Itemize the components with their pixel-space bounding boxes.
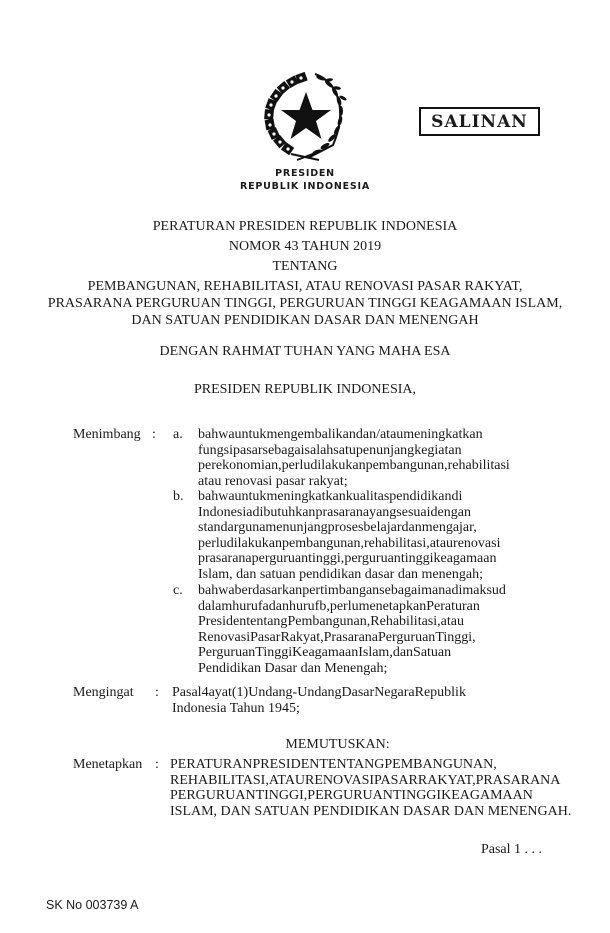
word: untuk — [235, 427, 267, 442]
word: belajar — [363, 520, 401, 535]
presidential-seal-icon — [253, 70, 358, 162]
regulation-subject-line: DAN SATUAN PENDIDIKAN DASAR DAN MENENGAH — [40, 313, 570, 329]
word: Pasar — [250, 630, 280, 645]
word: Republik — [415, 685, 466, 700]
word: PEMBANGUNAN, — [384, 757, 496, 772]
word: Tinggi, — [435, 630, 475, 645]
regulation-number: NOMOR 43 TAHUN 2019 — [40, 239, 570, 255]
text-line: PerguruanTinggiKeagamaanIslam,danSatuan — [198, 645, 541, 661]
word: dengan — [431, 505, 471, 520]
word: 4 — [202, 685, 209, 700]
regulation-title: PERATURAN PRESIDEN REPUBLIK INDONESIA — [40, 219, 570, 235]
word: PERATURAN — [170, 757, 252, 772]
word: PASAR — [374, 773, 418, 788]
text-line: PresidententangPembangunan,Rehabilitasi,… — [198, 614, 541, 630]
word: ayat — [209, 685, 232, 700]
word: perlu — [330, 599, 359, 614]
mengingat-label: Mengingat — [73, 685, 134, 701]
word: meningkatkan — [403, 427, 482, 442]
text-line: perekonomian,perludilakukanpembangunan,r… — [198, 458, 541, 474]
word: (1) — [232, 685, 248, 700]
word: meningkatkan — [266, 489, 345, 504]
text-line: Islam, dan satuan pendidikan dasar dan m… — [198, 567, 541, 583]
regulation-tentang: TENTANG — [40, 259, 570, 275]
word: untuk — [235, 489, 267, 504]
word: pasar — [233, 443, 263, 458]
menetapkan-text: PERATURANPRESIDENTENTANGPEMBANGUNAN, REH… — [170, 757, 541, 819]
text-line: Indonesiadibutuhkanprasaranayangsesuaide… — [198, 505, 541, 521]
salinan-stamp: SALINAN — [419, 107, 540, 136]
word: Pasal — [172, 685, 202, 700]
word: Perguruan — [378, 630, 435, 645]
word: perlu — [198, 536, 227, 551]
word: tinggi, — [308, 551, 344, 566]
word: di — [452, 489, 463, 504]
word: Satuan — [413, 645, 451, 660]
word: Negara — [374, 685, 414, 700]
menimbang-item-b: bahwauntukmeningkatkankualitaspendidikan… — [198, 489, 541, 583]
item-marker: c. — [173, 583, 183, 599]
word: mengajar, — [422, 520, 477, 535]
regulation-subject-line: PEMBANGUNAN, REHABILITASI, ATAU RENOVASI… — [40, 279, 570, 295]
office-label-presiden: PRESIDEN — [205, 168, 405, 179]
menetapkan-colon: : — [155, 757, 159, 773]
text-line: bahwauntukmeningkatkankualitaspendidikan… — [198, 489, 541, 505]
word: prasarana — [315, 505, 369, 520]
mengingat-text: Pasal4ayat(1)Undang-UndangDasarNegaraRep… — [172, 685, 541, 716]
word: REHABILITASI, — [170, 773, 269, 788]
invocation: DENGAN RAHMAT TUHAN YANG MAHA ESA — [40, 344, 570, 360]
word: b, — [319, 599, 330, 614]
text-line: atau renovasi pasar rakyat; — [198, 474, 541, 490]
menimbang-item-c: bahwaberdasarkanpertimbangansebagaimanad… — [198, 583, 541, 677]
word: huruf — [289, 599, 319, 614]
text-line: standargunamenunjangprosesbelajardanmeng… — [198, 520, 541, 536]
word: RAKYAT, — [418, 773, 476, 788]
word: Pembangunan, — [287, 614, 370, 629]
text-line: perludilakukanpembangunan,rehabilitasi,a… — [198, 536, 541, 552]
word: menetapkan — [359, 599, 427, 614]
word: dibutuhkan — [252, 505, 315, 520]
text-line: Pendidikan Dasar dan Menengah; — [198, 661, 541, 677]
menetapkan-label: Menetapkan — [73, 757, 142, 773]
page-continuation: Pasal 1 . . . — [481, 842, 542, 858]
word: Dasar — [342, 685, 375, 700]
word: rehabilitasi — [448, 458, 510, 473]
word: PERGURUAN — [307, 788, 393, 803]
word: PERGURUAN — [170, 788, 256, 803]
word: Undang-Undang — [248, 685, 341, 700]
word: bahwa — [198, 489, 235, 504]
word: bahwa — [198, 427, 235, 442]
word: proses — [328, 520, 364, 535]
word: bahwa — [198, 583, 235, 598]
word: kualitas — [346, 489, 390, 504]
text-line: bahwaberdasarkanpertimbangansebagaimanad… — [198, 583, 541, 599]
text-line: ISLAM, DAN SATUAN PENDIDIKAN DASAR DAN M… — [170, 804, 541, 820]
word: dilakukan — [227, 536, 282, 551]
word: dalam — [198, 599, 232, 614]
memutuskan-heading: MEMUTUSKAN: — [200, 737, 475, 753]
office-label-republik: REPUBLIK INDONESIA — [205, 181, 405, 192]
word: berdasarkan — [235, 583, 303, 598]
issuer: PRESIDEN REPUBLIK INDONESIA, — [40, 382, 570, 398]
word: sesuai — [396, 505, 430, 520]
word: huruf — [232, 599, 262, 614]
word: tinggi — [401, 551, 434, 566]
word: perekonomian, — [198, 458, 282, 473]
star-icon — [281, 92, 331, 139]
word: TENTANG — [319, 757, 384, 772]
word: Renovasi — [198, 630, 250, 645]
word: KEAGAMAAN — [441, 788, 533, 803]
word: sebagai — [263, 443, 305, 458]
menimbang-colon: : — [152, 427, 156, 443]
word: Peraturan — [426, 599, 480, 614]
word: perguruan — [252, 551, 309, 566]
document-code: SK No 003739 A — [46, 898, 138, 912]
word: pendidikan — [389, 489, 451, 504]
word: Tinggi — [255, 645, 292, 660]
word: pertimbangan — [302, 583, 379, 598]
word: dilakukan — [310, 458, 365, 473]
text-line: PERGURUANTINGGI,PERGURUANTINGGIKEAGAMAAN — [170, 788, 541, 804]
text-line: Indonesia Tahun 1945; — [172, 701, 541, 717]
word: renovasi — [453, 536, 500, 551]
word: keagamaan — [433, 551, 496, 566]
word: PRESIDEN — [252, 757, 319, 772]
word: prasarana — [198, 551, 252, 566]
word: guna — [238, 520, 265, 535]
word: RENOVASI — [305, 773, 374, 788]
regulation-subject-line: PRASARANA PERGURUAN TINGGI, PERGURUAN TI… — [40, 296, 570, 312]
word: fungsi — [198, 443, 233, 458]
word: mengembalikan — [266, 427, 355, 442]
word: penunjang — [356, 443, 414, 458]
word: pembangunan, — [282, 536, 364, 551]
word: kegiatan — [414, 443, 461, 458]
word: atau — [430, 536, 453, 551]
item-marker: b. — [173, 489, 184, 505]
text-line: Pasal4ayat(1)Undang-UndangDasarNegaraRep… — [172, 685, 541, 701]
word: Prasarana — [324, 630, 378, 645]
text-line: PERATURANPRESIDENTENTANGPEMBANGUNAN, — [170, 757, 541, 773]
word: Rehabilitasi, — [370, 614, 440, 629]
word: tentang — [246, 614, 287, 629]
word: Rakyat, — [280, 630, 323, 645]
word: yang — [369, 505, 396, 520]
word: menunjang — [265, 520, 327, 535]
word: TINGGI — [393, 788, 441, 803]
word: dimaksud — [451, 583, 505, 598]
word: perguruan — [344, 551, 401, 566]
menimbang-item-a: bahwauntukmengembalikandan/ataumeningkat… — [198, 427, 541, 489]
text-line: fungsipasarsebagaisalahsatupenunjangkegi… — [198, 443, 541, 459]
text-line: RenovasiPasarRakyat,PrasaranaPerguruanTi… — [198, 630, 541, 646]
item-marker: a. — [173, 427, 183, 443]
word: Perguruan — [198, 645, 255, 660]
word: perlu — [282, 458, 311, 473]
mengingat-colon: : — [155, 685, 159, 701]
word: dan/atau — [356, 427, 403, 442]
text-line: REHABILITASI,ATAURENOVASIPASARRAKYAT,PRA… — [170, 773, 541, 789]
word: PRASARANA — [476, 773, 561, 788]
text-line: bahwauntukmengembalikandan/ataumeningkat… — [198, 427, 541, 443]
word: rehabilitasi, — [364, 536, 430, 551]
text-line: dalamhurufadanhurufb,perlumenetapkanPera… — [198, 599, 541, 615]
word: Keagamaan — [292, 645, 358, 660]
word: sebagaimana — [379, 583, 451, 598]
word: Indonesia — [198, 505, 252, 520]
word: Islam, — [358, 645, 393, 660]
text-line: prasaranaperguruantinggi,perguruantinggi… — [198, 551, 541, 567]
word: atau — [441, 614, 464, 629]
word: dan — [393, 645, 413, 660]
word: standar — [198, 520, 238, 535]
word: dan — [402, 520, 422, 535]
word: ATAU — [269, 773, 305, 788]
word: salah — [305, 443, 334, 458]
word: TINGGI, — [256, 788, 308, 803]
word: satu — [333, 443, 356, 458]
word: pembangunan, — [366, 458, 448, 473]
menimbang-label: Menimbang — [73, 427, 141, 443]
word: Presiden — [198, 614, 246, 629]
word: dan — [269, 599, 289, 614]
